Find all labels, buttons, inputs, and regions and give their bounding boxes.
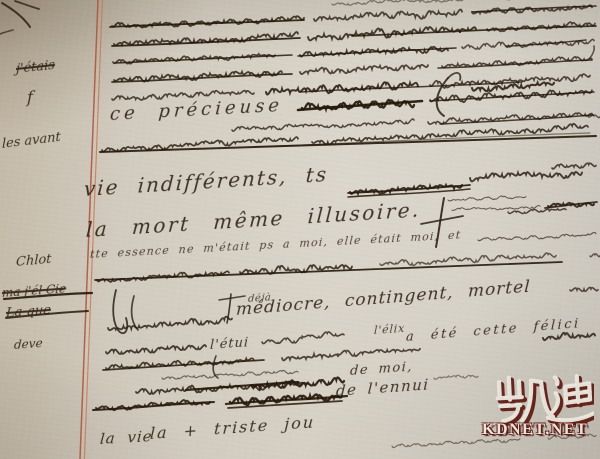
ink-flourish [132, 296, 138, 330]
margin-note: deve [14, 336, 43, 352]
ink-flourish [590, 46, 594, 58]
scrawl-stroke [232, 119, 414, 131]
strike-through-line [252, 133, 590, 147]
scrawl-stroke [282, 354, 338, 360]
watermark-site-text: KDNET.NET [482, 421, 588, 439]
strike-through-line [298, 48, 456, 56]
ink-flourish [421, 216, 463, 224]
manuscript-photo: ce précieusevie indifférents, tsla mort … [0, 0, 600, 459]
scrawl-stroke [262, 337, 302, 343]
scrawl-stroke [552, 163, 596, 169]
handwriting-fragment: la vie [99, 427, 153, 448]
scrawl-stroke [570, 287, 598, 291]
strike-through-line [440, 115, 592, 124]
scrawl-stroke [106, 345, 206, 354]
scrawl-stroke [162, 370, 298, 379]
handwriting-fragment: l'étui [210, 335, 250, 353]
scrawl-stroke [114, 71, 282, 82]
ink-flourish [2, 3, 30, 27]
scrawl-stroke [508, 209, 566, 214]
strike-through-line [110, 20, 304, 27]
kdnet-watermark: KDNET.NET [480, 372, 598, 452]
scrawl-stroke [314, 10, 462, 22]
margin-note: La que [6, 303, 52, 321]
handwriting-fragment: l'élix [374, 322, 406, 337]
scrawl-stroke [543, 333, 595, 340]
scrawl-stroke [428, 113, 593, 124]
scrawl-stroke [470, 172, 582, 181]
ink-flourish [113, 290, 127, 333]
scrawl-stroke [452, 205, 540, 210]
kdnet-logo-cn-icon [490, 372, 594, 428]
margin-note: f [27, 87, 33, 107]
ink-flourish [15, 1, 39, 9]
scrawl-stroke [338, 349, 420, 356]
scrawl-stroke [448, 196, 526, 201]
ink-flourish [448, 73, 460, 80]
scrawl-stroke [442, 57, 592, 68]
margin-note: Chlot [16, 252, 52, 270]
strike-through-line [103, 360, 264, 370]
scrawl-stroke [302, 332, 344, 338]
scrawl-stroke [590, 254, 600, 257]
ink-flourish [0, 30, 13, 34]
scrawl-stroke [478, 232, 596, 240]
scrawl-stroke [434, 375, 478, 379]
scrawl-stroke [300, 65, 428, 74]
strike-through-line [95, 262, 562, 280]
scrawl-stroke [332, 0, 532, 5]
